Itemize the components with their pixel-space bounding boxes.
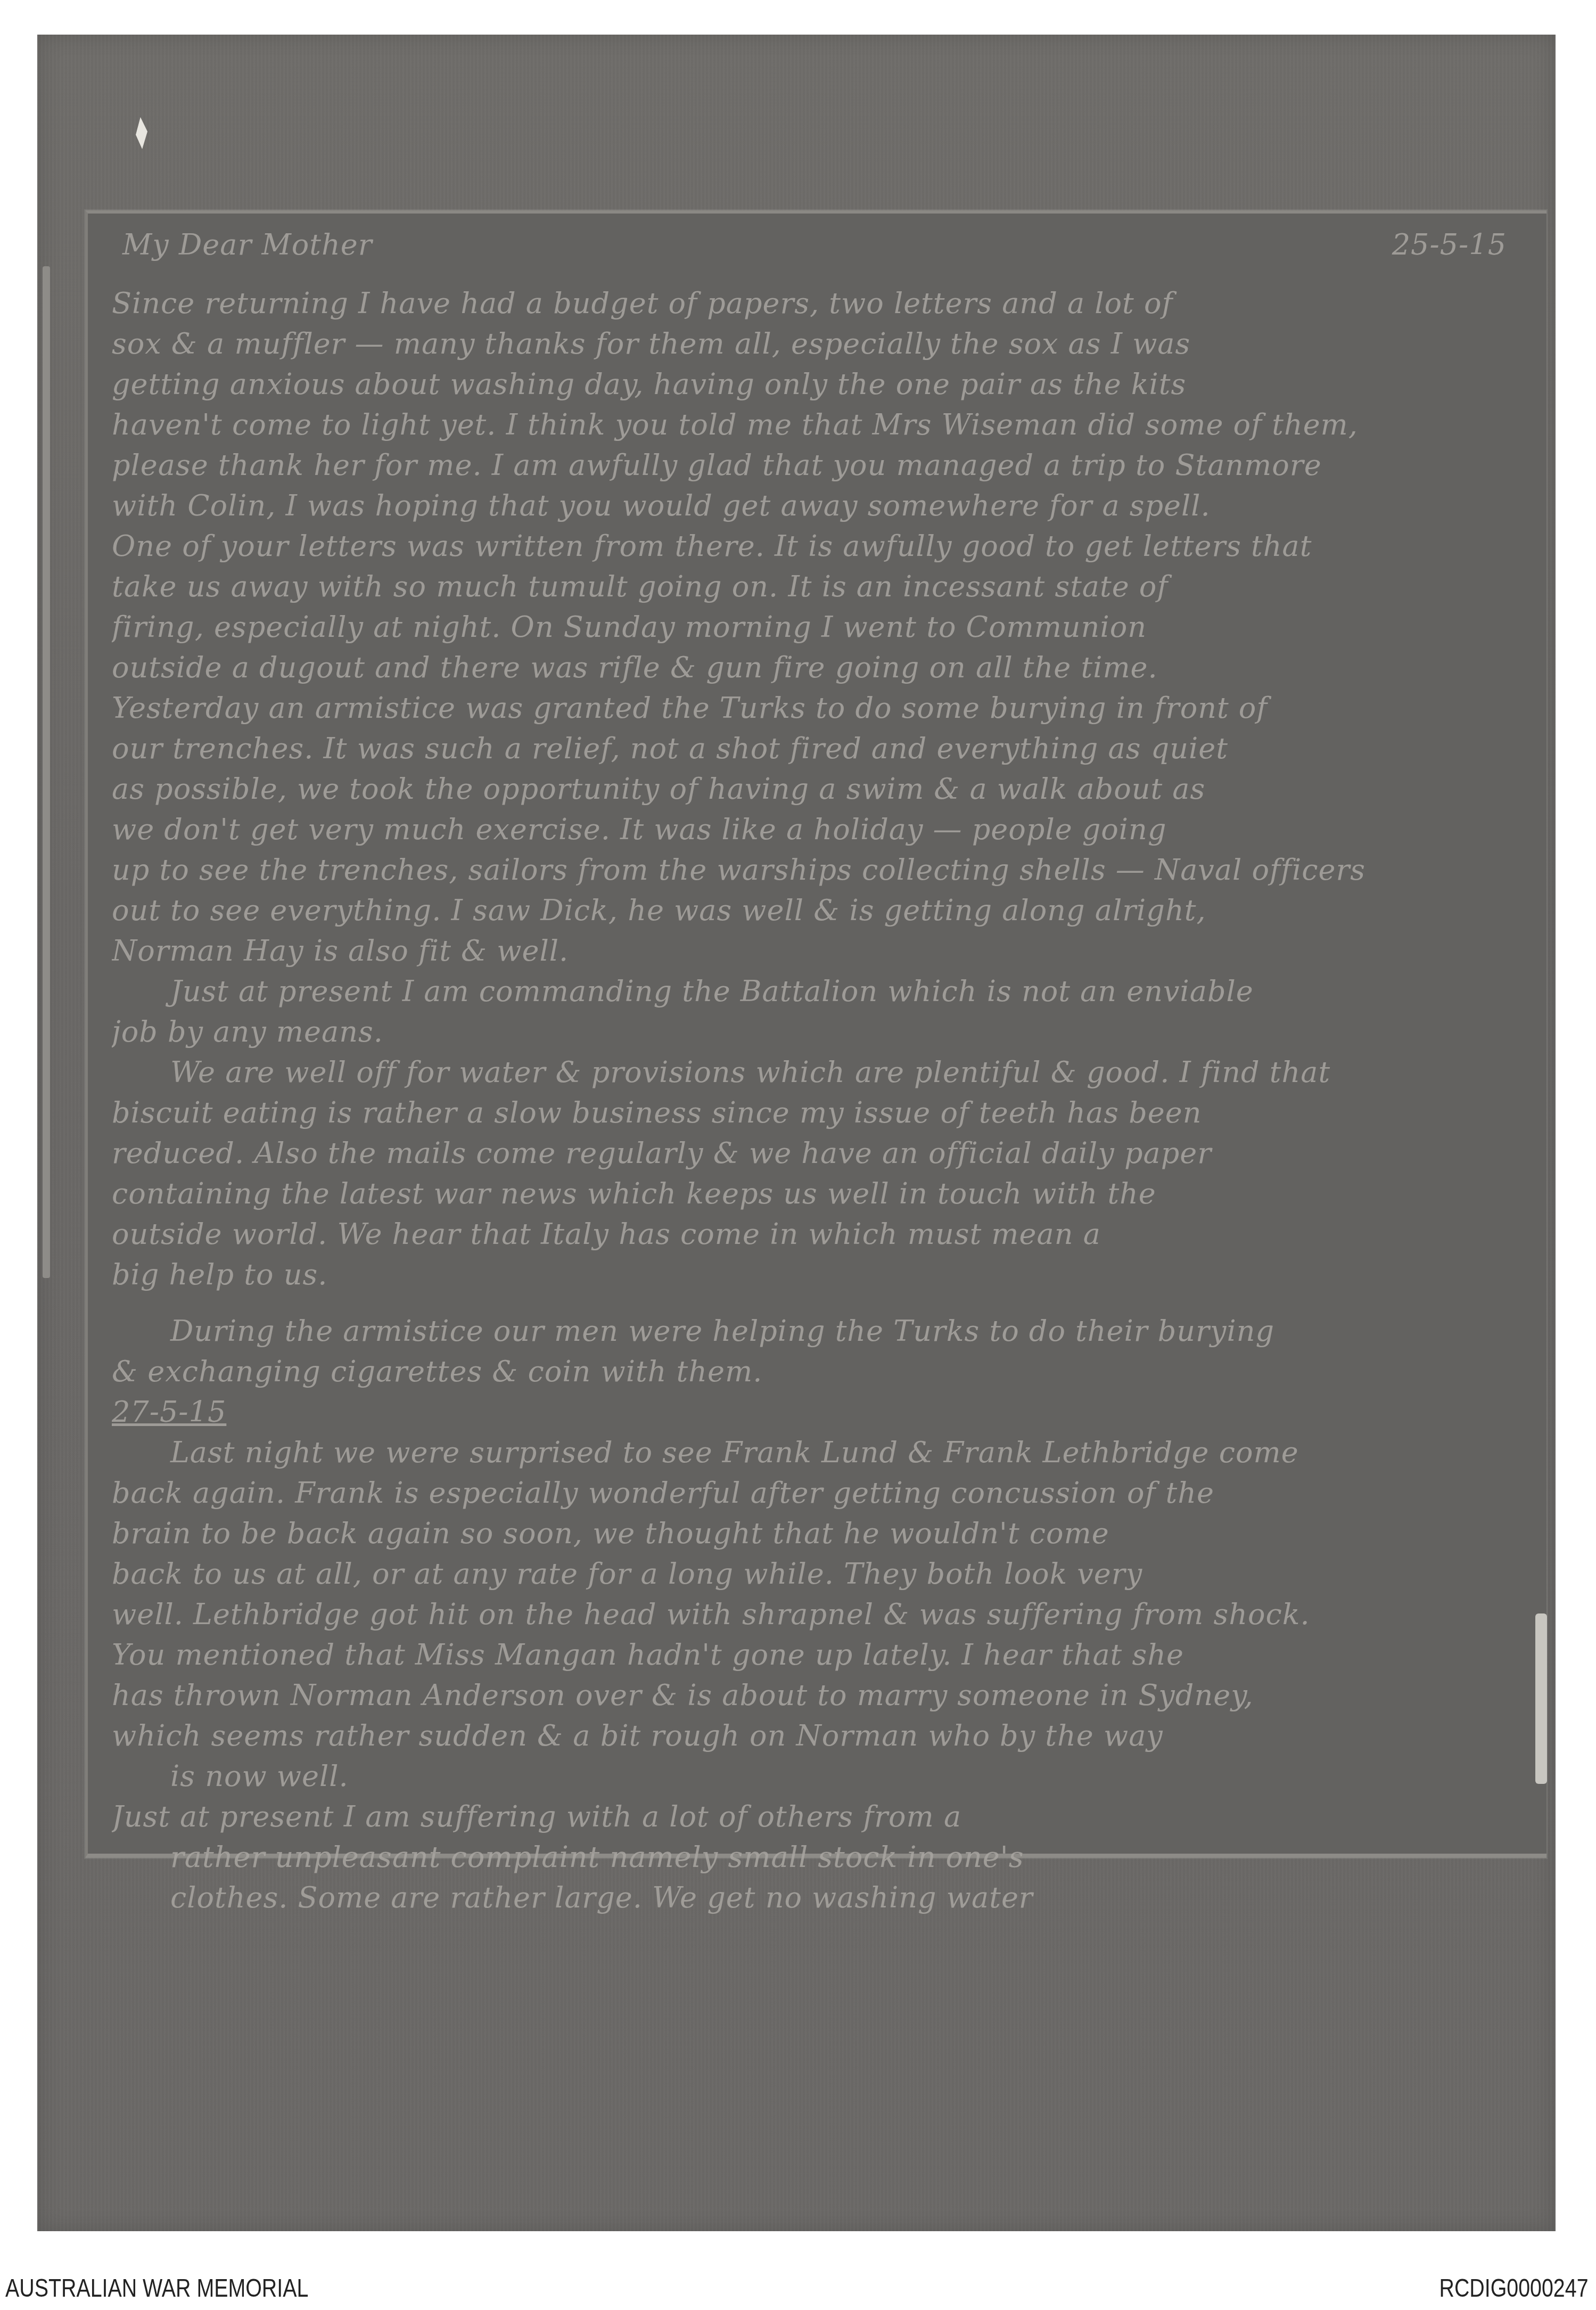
salutation: My Dear Mother [122, 225, 372, 265]
sheet-edge-right [1535, 1613, 1547, 1784]
letter-line: reduced. Also the mails come regularly &… [112, 1133, 1528, 1174]
letter-line: outside a dugout and there was rifle & g… [112, 648, 1528, 688]
letter-line: Just at present I am suffering with a lo… [112, 1797, 1528, 1837]
letter-line: up to see the trenches, sailors from the… [112, 850, 1528, 890]
letter-line: containing the latest war news which kee… [112, 1174, 1528, 1214]
letter-line: getting anxious about washing day, havin… [112, 364, 1528, 405]
letter-line: rather unpleasant complaint namely small… [112, 1837, 1528, 1878]
sheet-edge-left [43, 266, 50, 1278]
paragraph-gap [112, 1295, 1528, 1311]
letter-line: sox & a muffler — many thanks for them a… [112, 324, 1528, 364]
letter-line: back to us at all, or at any rate for a … [112, 1554, 1528, 1594]
letter-line: outside world. We hear that Italy has co… [112, 1214, 1528, 1255]
letter-line: Just at present I am commanding the Batt… [112, 971, 1528, 1012]
letter-line: please thank her for me. I am awfully gl… [112, 445, 1528, 486]
letter-line: we don't get very much exercise. It was … [112, 809, 1528, 850]
postscript-line: 27-5-15 [112, 1392, 1528, 1432]
letter-line: firing, especially at night. On Sunday m… [112, 607, 1528, 648]
letter-line: as possible, we took the opportunity of … [112, 769, 1528, 809]
letter-header: My Dear Mother 25-5-15 [112, 213, 1528, 277]
letter-line: with Colin, I was hoping that you would … [112, 486, 1528, 526]
letter-line: which seems rather sudden & a bit rough … [112, 1716, 1528, 1756]
letter-line: Since returning I have had a budget of p… [112, 283, 1528, 324]
postscript-date: 27-5-15 [112, 1392, 226, 1432]
letter-line: take us away with so much tumult going o… [112, 567, 1528, 607]
reference-id: RCDIG0000247 [1439, 2274, 1589, 2303]
archive-footer: AUSTRALIAN WAR MEMORIAL RCDIG0000247 [0, 2270, 1596, 2307]
letter-line: big help to us. [112, 1255, 1528, 1295]
institution-label: AUSTRALIAN WAR MEMORIAL [5, 2274, 308, 2303]
letter-line: During the armistice our men were helpin… [112, 1311, 1528, 1351]
letter-line: back again. Frank is especially wonderfu… [112, 1473, 1528, 1513]
letter-line: Norman Hay is also fit & well. [112, 931, 1528, 971]
letter-line: brain to be back again so soon, we thoug… [112, 1513, 1528, 1554]
letter-line: One of your letters was written from the… [112, 526, 1528, 567]
letter-line: We are well off for water & provisions w… [112, 1052, 1528, 1093]
letter-line: our trenches. It was such a relief, not … [112, 728, 1528, 769]
letter-line: & exchanging cigarettes & coin with them… [112, 1351, 1528, 1392]
letter-line: biscuit eating is rather a slow business… [112, 1093, 1528, 1133]
letter-date: 25-5-15 [1392, 225, 1507, 265]
letter-line: Yesterday an armistice was granted the T… [112, 688, 1528, 728]
letter-line: Last night we were surprised to see Fran… [112, 1432, 1528, 1473]
letter-line: You mentioned that Miss Mangan hadn't go… [112, 1635, 1528, 1675]
letter-line: clothes. Some are rather large. We get n… [112, 1878, 1528, 1918]
letter-body: My Dear Mother 25-5-15 Since returning I… [112, 213, 1528, 1918]
letter-line: has thrown Norman Anderson over & is abo… [112, 1675, 1528, 1716]
letter-line: haven't come to light yet. I think you t… [112, 405, 1528, 445]
letter-line: out to see everything. I saw Dick, he wa… [112, 890, 1528, 931]
letter-line: job by any means. [112, 1012, 1528, 1052]
letter-line: well. Lethbridge got hit on the head wit… [112, 1594, 1528, 1635]
letter-line: is now well. [112, 1756, 1528, 1797]
